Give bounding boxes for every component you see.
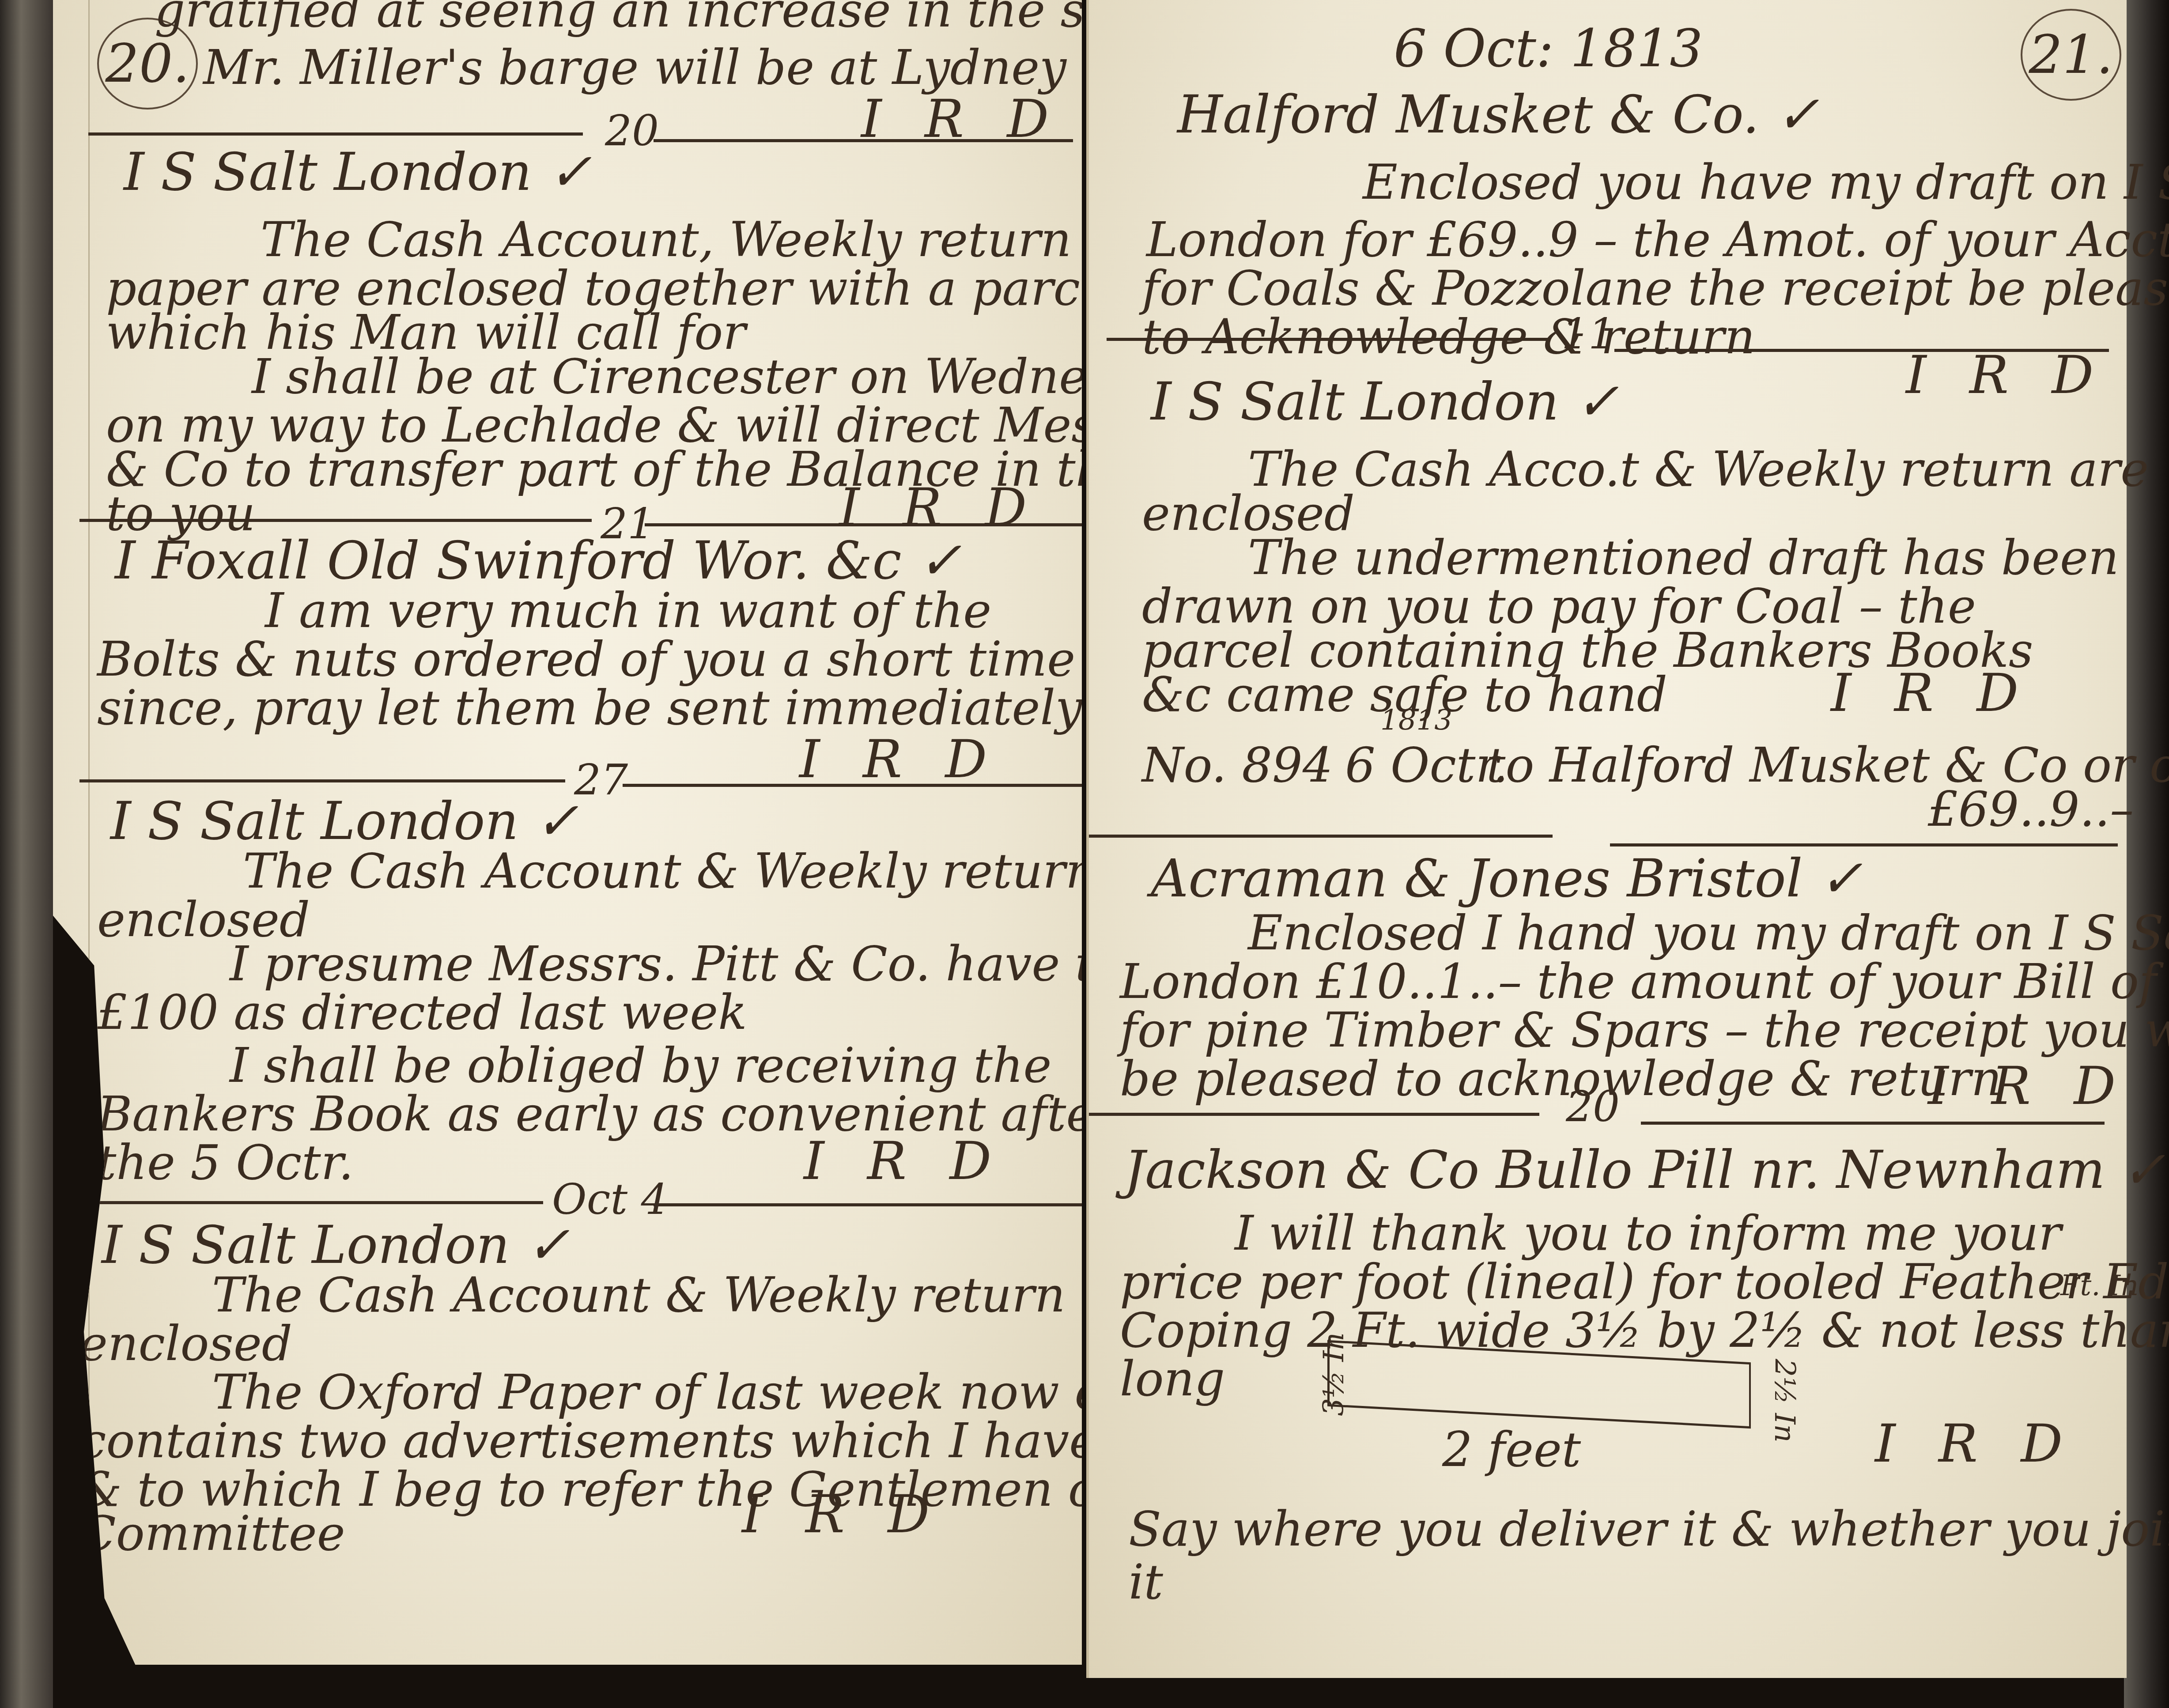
page-date-heading: 6 Oct: 1813	[1394, 22, 1703, 74]
date-marker: 20	[1566, 1082, 1620, 1131]
postscript-line: Say where you deliver it & whether you j…	[1129, 1506, 2169, 1553]
sketch-bottom-label: 2 feet	[1442, 1426, 1581, 1474]
addressee: Acraman & Jones Bristol ✓	[1151, 852, 1863, 904]
letter-line: to Acknowledge & return	[1142, 314, 1755, 361]
addressee: Halford Musket & Co. ✓	[1177, 88, 1820, 140]
folio-number: 21.	[2021, 9, 2121, 101]
letter-line: long	[1120, 1356, 1225, 1403]
signature: I R D	[1831, 667, 2032, 719]
addressee: I Foxall Old Swinford Wor. &c ✓	[115, 534, 962, 586]
entry-divider	[79, 779, 565, 782]
signature: I R D	[1928, 1060, 2129, 1112]
signature: I R D	[742, 1488, 943, 1540]
letter-line: I shall be at Cirencester on Wednesday	[252, 353, 1198, 401]
letter-line: The Cash Account & Weekly return are	[212, 1272, 1160, 1319]
entry-divider	[88, 132, 583, 136]
letter-line: I am very much in want of the	[265, 587, 991, 635]
margin-rule	[88, 0, 90, 1665]
letter-line: for Coals & Pozzolane the receipt be ple…	[1142, 265, 2169, 313]
entry-divider	[1089, 1113, 1539, 1116]
entry-divider	[654, 139, 1073, 142]
entry-divider	[654, 1203, 1086, 1206]
entry-divider	[1089, 835, 1553, 838]
draft-amount: £69..9..–	[1928, 786, 2134, 834]
signature: I R D	[861, 93, 1062, 145]
entry-divider	[645, 523, 1086, 526]
sketch-left-label: 3½ In	[1320, 1332, 1348, 1416]
entry-divider	[79, 519, 592, 522]
signature: I R D	[1875, 1417, 2076, 1470]
letter-line: the 5 Octr.	[97, 1139, 354, 1187]
entry-divider	[623, 784, 1086, 787]
letter-line: The Cash Account & Weekly returns are	[243, 848, 1215, 896]
signature: I R D	[804, 1135, 1005, 1187]
date-marker: 27	[574, 755, 628, 805]
postscript-line: it	[1129, 1559, 1163, 1606]
letter-line: Bolts & nuts ordered of you a short time	[97, 636, 1075, 684]
left-page: 20. gratified at seeing an increase in t…	[53, 0, 1082, 1665]
sketch-right-label: 2½ In	[1770, 1359, 1799, 1443]
letter-line: £100 as directed last week	[97, 989, 747, 1037]
entry-divider	[1610, 843, 2118, 846]
addressee: Jackson & Co Bullo Pill nr. Newnham ✓	[1124, 1144, 2165, 1196]
draft-number: No. 894	[1142, 742, 1333, 790]
date-marker: 20	[605, 106, 659, 155]
corner-note: Ft. In.	[2060, 1272, 2148, 1300]
signature: I R D	[1906, 349, 2107, 401]
letter-line: The undermentioned draft has been	[1248, 534, 2119, 582]
right-page: 6 Oct: 1813 21. Halford Musket & Co. ✓ E…	[1086, 0, 2127, 1678]
letter-line: I shall be obliged by receiving the	[230, 1042, 1051, 1090]
letter-line: since, pray let them be sent immediately	[97, 684, 1082, 732]
letter-line: London £10..1..– the amount of your Bill…	[1120, 958, 2169, 1006]
left-book-edge	[0, 0, 53, 1708]
addressee: I S Salt London ✓	[110, 795, 579, 847]
letter-line: I will thank you to inform me your	[1235, 1210, 2061, 1258]
letter-line: for pine Timber & Spars – the receipt yo…	[1120, 1007, 2169, 1054]
letter-line: Enclosed I hand you my draft on I S Salt	[1248, 910, 2169, 957]
addressee: I S Salt London ✓	[124, 146, 592, 198]
letter-line: Coping 2 Ft. wide 3½ by 2½ & not less th…	[1120, 1307, 2169, 1355]
entry-divider	[1614, 349, 2109, 352]
letter-line: Enclosed you have my draft on I S Salt	[1363, 159, 2169, 207]
addressee: I S Salt London ✓	[1151, 375, 1619, 427]
letter-line: be pleased to acknowledge & return	[1120, 1055, 2002, 1103]
draft-year-superscript: 1813	[1380, 707, 1452, 735]
ledger-book: 20. gratified at seeing an increase in t…	[0, 0, 2169, 1708]
signature: I R D	[799, 733, 1000, 785]
letter-line: Committee	[79, 1510, 345, 1558]
letter-line: London for £69..9 – the Amot. of your Ac…	[1146, 216, 2169, 264]
addressee: I S Salt London ✓	[102, 1219, 570, 1271]
date-marker: 11	[1561, 309, 1615, 359]
letter-line: price per foot (lineal) for tooled Feath…	[1120, 1258, 2169, 1306]
entry-divider	[1107, 338, 1548, 341]
draft-date: 6 Octr.	[1345, 742, 1508, 790]
entry-divider	[79, 1201, 543, 1204]
entry-divider	[1641, 1122, 2105, 1125]
letter-line: enclosed	[79, 1320, 292, 1368]
letter-line: The Cash Acco.t & Weekly return are	[1248, 446, 2149, 494]
